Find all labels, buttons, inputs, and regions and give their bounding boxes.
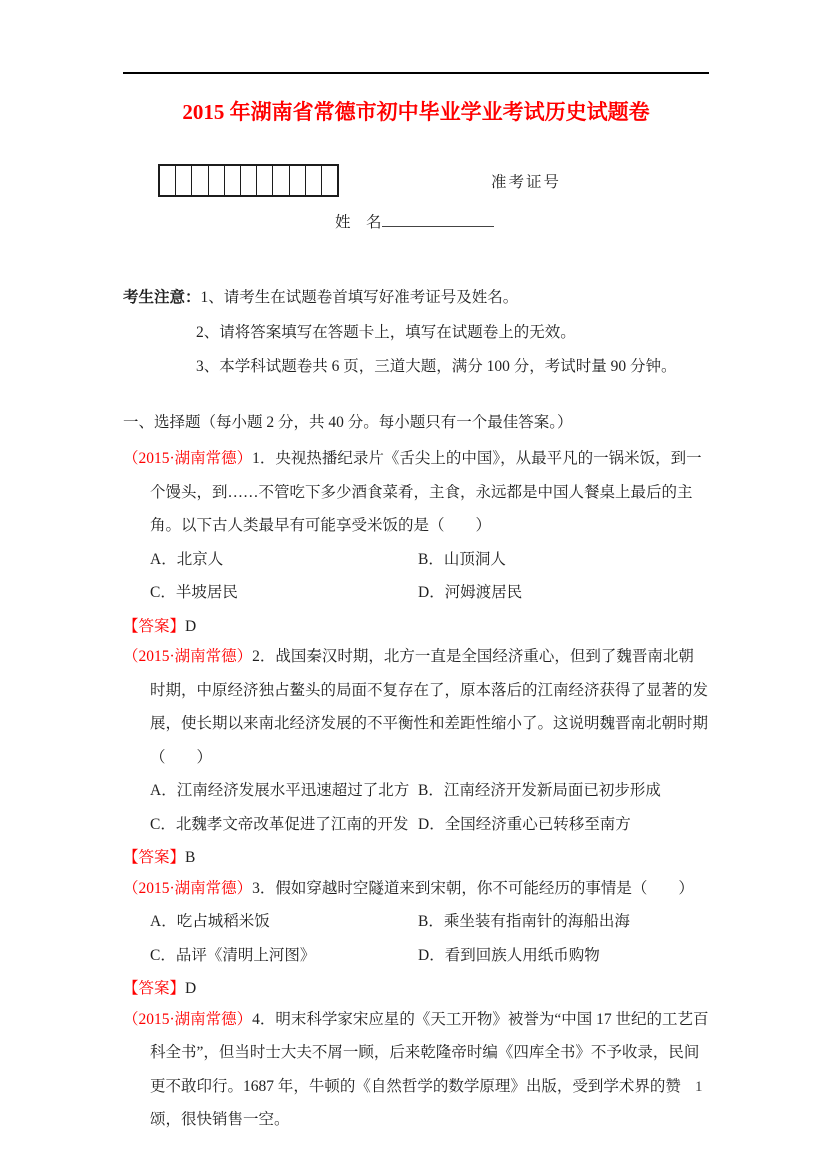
option-row: A．江南经济发展水平迅速超过了北方B．江南经济开发新局面已初步形成 — [150, 774, 709, 808]
ticket-box — [241, 166, 257, 195]
question-body: （2015·湖南常德）2．战国秦汉时期，北方一直是全国经济重心，但到了魏晋南北朝… — [123, 640, 709, 774]
option: D．看到回族人用纸币购物 — [418, 939, 709, 973]
option-row: A．吃占城稻米饭B．乘坐装有指南针的海船出海 — [150, 905, 709, 939]
name-row: 姓 名 — [335, 210, 709, 232]
ticket-number-grid — [158, 164, 339, 197]
ticket-box — [176, 166, 192, 195]
option: D．全国经济重心已转移至南方 — [418, 808, 709, 842]
question-text: 2．战国秦汉时期，北方一直是全国经济重心，但到了魏晋南北朝时期，中原经济独占鳌头… — [150, 648, 708, 766]
answer-label: 【答案】 — [123, 980, 185, 997]
answer-line: 【答案】D — [123, 972, 709, 1006]
option: C．半坡居民 — [150, 576, 418, 610]
question-text: 3．假如穿越时空隧道来到宋朝，你不可能经历的事情是（ ） — [252, 880, 694, 897]
answer-value: B — [185, 849, 195, 866]
header-divider — [123, 72, 709, 74]
section-heading: 一、选择题（每小题 2 分，共 40 分。每小题只有一个最佳答案。） — [123, 406, 709, 441]
option-row: A．北京人B．山顶洞人 — [150, 543, 709, 577]
admission-id-block: 准考证号 — [158, 164, 709, 197]
question-options: A．北京人B．山顶洞人C．半坡居民D．河姆渡居民 — [123, 543, 709, 610]
answer-label: 【答案】 — [123, 618, 185, 635]
question-source-tag: （2015·湖南常德） — [123, 1011, 252, 1028]
ticket-box — [192, 166, 208, 195]
ticket-number-label: 准考证号 — [491, 170, 561, 192]
option: A．吃占城稻米饭 — [150, 905, 418, 939]
question-text: 4．明末科学家宋应星的《天工开物》被誉为“中国 17 世纪的工艺百科全书”，但当… — [150, 1011, 709, 1129]
option: A．北京人 — [150, 543, 418, 577]
option: C．北魏孝文帝改革促进了江南的开发 — [150, 808, 418, 842]
page-number: 1 — [695, 1079, 703, 1096]
ticket-box — [225, 166, 241, 195]
option: A．江南经济发展水平迅速超过了北方 — [150, 774, 418, 808]
ticket-box — [306, 166, 322, 195]
name-underline — [382, 211, 494, 227]
answer-value: D — [185, 618, 196, 635]
option-row: C．北魏孝文帝改革促进了江南的开发D．全国经济重心已转移至南方 — [150, 808, 709, 842]
option-row: C．半坡居民D．河姆渡居民 — [150, 576, 709, 610]
option: D．河姆渡居民 — [418, 576, 709, 610]
ticket-box — [257, 166, 273, 195]
notice-line: 考生注意：1、请考生在试题卷首填写好准考证号及姓名。 — [123, 281, 709, 316]
option: B．乘坐装有指南针的海船出海 — [418, 905, 709, 939]
option: C．品评《清明上河图》 — [150, 939, 418, 973]
answer-line: 【答案】D — [123, 610, 709, 644]
option-row: C．品评《清明上河图》D．看到回族人用纸币购物 — [150, 939, 709, 973]
answer-label: 【答案】 — [123, 849, 185, 866]
notice-item: 2、请将答案填写在答题卡上，填写在试题卷上的无效。 — [123, 316, 709, 351]
ticket-box — [273, 166, 289, 195]
question-block: （2015·湖南常德）2．战国秦汉时期，北方一直是全国经济重心，但到了魏晋南北朝… — [123, 640, 709, 875]
ticket-box — [209, 166, 225, 195]
question-block: （2015·湖南常德）1．央视热播纪录片《舌尖上的中国》，从最平凡的一锅米饭，到… — [123, 442, 709, 643]
answer-value: D — [185, 980, 196, 997]
option: B．山顶洞人 — [418, 543, 709, 577]
question-source-tag: （2015·湖南常德） — [123, 450, 252, 467]
answer-line: 【答案】B — [123, 841, 709, 875]
page-title: 2015 年湖南省常德市初中毕业学业考试历史试题卷 — [123, 98, 709, 126]
notice-item: 1、请考生在试题卷首填写好准考证号及姓名。 — [201, 289, 519, 306]
notice-label: 考生注意： — [123, 289, 201, 306]
exam-page: 2015 年湖南省常德市初中毕业学业考试历史试题卷 准考证号 姓 名 考生注意：… — [0, 72, 827, 1137]
ticket-box — [290, 166, 306, 195]
question-source-tag: （2015·湖南常德） — [123, 880, 252, 897]
ticket-box — [322, 166, 337, 195]
question-body: （2015·湖南常德）3．假如穿越时空隧道来到宋朝，你不可能经历的事情是（ ） — [123, 872, 709, 906]
candidate-notice: 考生注意：1、请考生在试题卷首填写好准考证号及姓名。 2、请将答案填写在答题卡上… — [123, 281, 709, 385]
question-source-tag: （2015·湖南常德） — [123, 648, 252, 665]
question-list: （2015·湖南常德）1．央视热播纪录片《舌尖上的中国》，从最平凡的一锅米饭，到… — [123, 442, 709, 1137]
name-label: 姓 名 — [335, 214, 382, 231]
question-body: （2015·湖南常德）1．央视热播纪录片《舌尖上的中国》，从最平凡的一锅米饭，到… — [123, 442, 709, 543]
option: B．江南经济开发新局面已初步形成 — [418, 774, 709, 808]
question-options: A．吃占城稻米饭B．乘坐装有指南针的海船出海C．品评《清明上河图》D．看到回族人… — [123, 905, 709, 972]
question-block: （2015·湖南常德）3．假如穿越时空隧道来到宋朝，你不可能经历的事情是（ ） … — [123, 872, 709, 1006]
ticket-box — [160, 166, 176, 195]
question-options: A．江南经济发展水平迅速超过了北方B．江南经济开发新局面已初步形成C．北魏孝文帝… — [123, 774, 709, 841]
question-block: （2015·湖南常德）4．明末科学家宋应星的《天工开物》被誉为“中国 17 世纪… — [123, 1003, 709, 1137]
question-body: （2015·湖南常德）4．明末科学家宋应星的《天工开物》被誉为“中国 17 世纪… — [123, 1003, 709, 1137]
notice-item: 3、本学科试题卷共 6 页，三道大题，满分 100 分，考试时量 90 分钟。 — [123, 350, 709, 385]
